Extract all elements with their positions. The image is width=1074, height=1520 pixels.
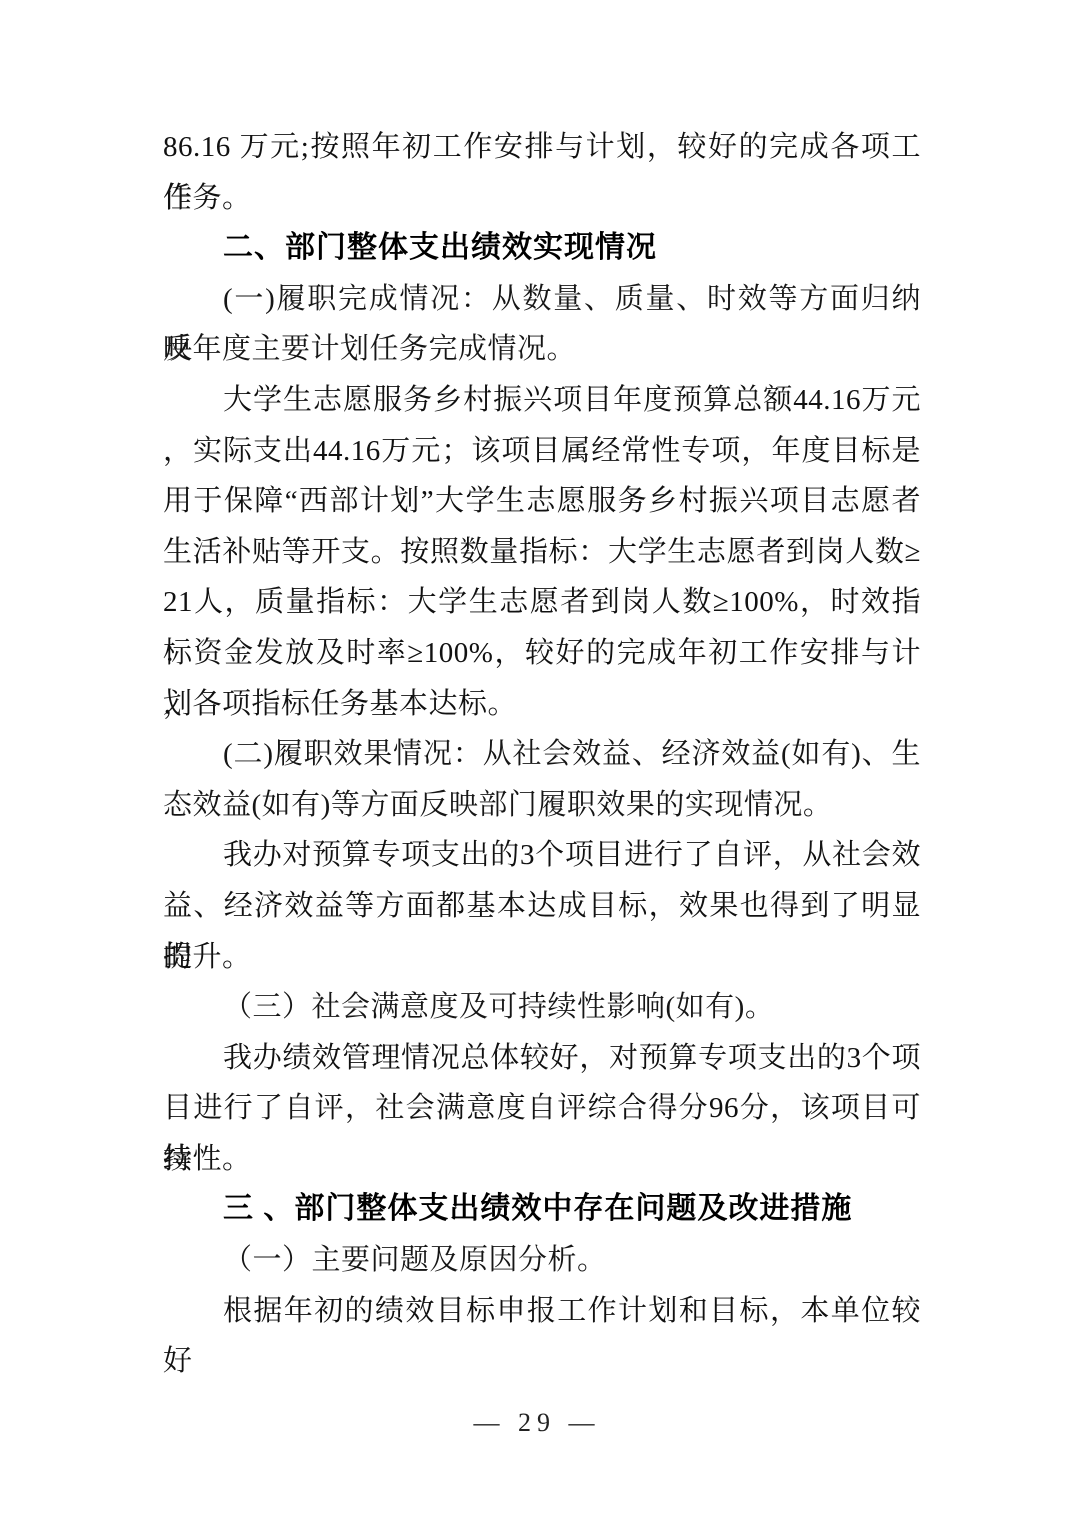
text-line: 目进行了自评，社会满意度自评综合得分96分，该项目可持: [163, 1083, 921, 1134]
text-line: 大学生志愿服务乡村振兴项目年度预算总额44.16万元: [163, 375, 921, 426]
text-line: ：资金发放及时率≥100%，较好的完成年初工作安排与计划: [163, 628, 921, 679]
text-line: 续性。: [163, 1134, 921, 1185]
text-line: 我办对预算专项支出的3个项目进行了自评，从社会效: [163, 830, 921, 881]
text-line: ，各项指标任务基本达标。: [163, 679, 921, 730]
text-line: 映年度主要计划任务完成情况。: [163, 324, 921, 375]
text-line: 根据年初的绩效目标申报工作计划和目标，本单位较好: [163, 1286, 921, 1337]
text-line: 益、经济效益等方面都基本达成目标，效果也得到了明显的: [163, 881, 921, 932]
document-page: 86.16 万元;按照年初工作安排与计划，较好的完成各项工作任务。二、部门整体支…: [0, 0, 1074, 1520]
text-line: (一)履职完成情况：从数量、质量、时效等方面归纳反: [163, 274, 921, 325]
text-line: ，实际支出44.16万元；该项目属经常性专项，年度目标是: [163, 426, 921, 477]
text-line: (二)履职效果情况：从社会效益、经济效益(如有)、生: [163, 729, 921, 780]
text-line: 任务。: [163, 173, 921, 224]
text-line: 生活补贴等开支。按照数量指标：大学生志愿者到岗人数≥: [163, 527, 921, 578]
text-line: 态效益(如有)等方面反映部门履职效果的实现情况。: [163, 780, 921, 831]
page-number: — 29 —: [0, 1408, 1074, 1438]
document-lines: 86.16 万元;按照年初工作安排与计划，较好的完成各项工作任务。二、部门整体支…: [163, 122, 921, 1336]
text-line: 用于保障“西部计划”大学生志愿服务乡村振兴项目志愿者: [163, 476, 921, 527]
section-heading: 三 、部门整体支出绩效中存在问题及改进措施: [163, 1184, 921, 1235]
text-line: 86.16 万元;按照年初工作安排与计划，较好的完成各项工作: [163, 122, 921, 173]
text-line: 我办绩效管理情况总体较好，对预算专项支出的3个项: [163, 1033, 921, 1084]
text-line: （三）社会满意度及可持续性影响(如有)。: [163, 982, 921, 1033]
text-line: 提升。: [163, 932, 921, 983]
text-line: （一）主要问题及原因分析。: [163, 1235, 921, 1286]
text-line: 21人，质量指标：大学生志愿者到岗人数≥100%，时效指标: [163, 577, 921, 628]
section-heading: 二、部门整体支出绩效实现情况: [163, 223, 921, 274]
